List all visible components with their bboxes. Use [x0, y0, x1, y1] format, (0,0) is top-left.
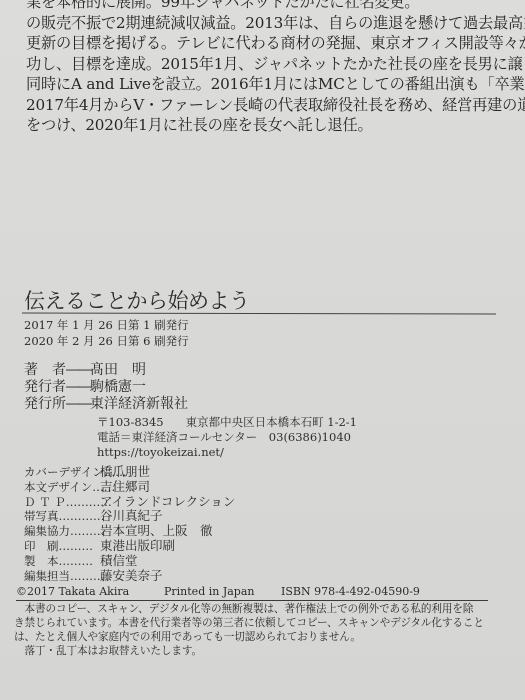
credit-role: 発行者 [24, 379, 66, 396]
staff-role: 製 本……… [24, 554, 100, 569]
credit-publishing-house: 発行所――東洋経済新報社 [24, 396, 188, 413]
staff-role: Ｄ Ｔ Ｐ………… [24, 495, 100, 510]
credit-dash: ―― [66, 396, 90, 412]
bio-line: の販売不振で2期連続減収減益。2013年は、自らの進退を懸けて過去最高益 [26, 13, 506, 34]
notice-line: 落丁・乱丁本はお取替えいたします。 [14, 644, 494, 658]
street-address: 東京都中央区日本橋本石町 1-2-1 [186, 415, 357, 429]
credit-publisher: 発行者――駒橋憲一 [24, 379, 188, 396]
copyright: ©2017 Takata Akira [16, 585, 164, 599]
credit-dash: ―― [66, 379, 90, 395]
staff-row: Ｄ Ｔ Ｐ…………アイランドコレクション [24, 495, 235, 510]
credit-role: 発行所 [24, 396, 66, 413]
notice-line: 本書のコピー、スキャン、デジタル化等の無断複製は、著作権法上での例外である私的利… [14, 602, 494, 616]
printed-in: Printed in Japan [164, 585, 281, 599]
publisher-address: 〒103-8345東京都中央区日本橋本石町 1-2-1 電話＝東洋経済コールセン… [97, 415, 357, 460]
staff-name: 東港出版印刷 [100, 538, 175, 553]
staff-name: 谷川真紀子 [100, 508, 163, 523]
staff-name: 橋爪朋世 [100, 464, 150, 479]
book-title: 伝えることから始めよう [24, 285, 250, 315]
notice-line: は、たとえ個人や家庭内での利用であっても一切認められておりません。 [14, 630, 494, 644]
staff-name: 藤安美奈子 [100, 568, 163, 583]
bio-line: 業を本格的に展開。99年ジャパネットたかたに社名変更。 通信販売事 [26, 0, 506, 13]
staff-role: 編集協力……… [24, 524, 100, 539]
credit-author: 著 者――髙田 明 [24, 362, 188, 379]
bio-line: 更新の目標を掲げる。テレビに代わる商材の発掘、東京オフィス開設等々が奏 [26, 33, 506, 54]
staff-row: 印 刷………東港出版印刷 [24, 539, 235, 554]
isbn: ISBN 978-4-492-04590-9 [281, 585, 420, 599]
bio-line: 功し、目標を達成。2015年1月、ジャパネットたかた社長の座を長男に譲り退任。 [26, 54, 506, 75]
author-biography: 業を本格的に展開。99年ジャパネットたかたに社名変更。 通信販売事 の販売不振で… [26, 0, 506, 136]
staff-row: 編集協力………岩本宣明、上阪 徹 [24, 524, 235, 539]
edition-history: 2017 年 1 月 26 日第 1 刷発行 2020 年 2 月 26 日第 … [24, 317, 189, 349]
copyright-divider [16, 600, 488, 601]
staff-row: 本文デザイン……吉住郷司 [24, 480, 235, 495]
staff-name: 積信堂 [100, 553, 138, 568]
staff-role: 編集担当……… [24, 569, 100, 584]
staff-name: 吉住郷司 [100, 479, 150, 494]
credit-role: 著 者 [24, 362, 66, 379]
credit-name: 髙田 明 [90, 362, 146, 378]
staff-row: カバーデザイン……橋爪朋世 [24, 465, 235, 480]
credit-dash: ―― [66, 362, 90, 378]
edition-label: 第 6 刷発行 [128, 334, 189, 348]
staff-row: 編集担当………藤安美奈子 [24, 569, 235, 584]
copyright-line: ©2017 Takata AkiraPrinted in JapanISBN 9… [16, 585, 496, 599]
copy-notice: 本書のコピー、スキャン、デジタル化等の無断複製は、著作権法上での例外である私的利… [14, 602, 494, 658]
postal-code: 〒103-8345 [97, 415, 164, 429]
staff-role: カバーデザイン…… [24, 465, 100, 480]
bio-line: 同時にA and Liveを設立。2016年1月にはMCとしての番組出演も「卒業… [26, 74, 506, 95]
staff-role: 本文デザイン…… [24, 480, 100, 495]
notice-line: き禁じられています。本書を代行業者等の第三者に依頼してコピー、スキャンやデジタル… [14, 616, 494, 630]
postal-address: 〒103-8345東京都中央区日本橋本石町 1-2-1 [97, 415, 357, 430]
credit-name: 駒橋憲一 [90, 379, 146, 395]
staff-row: 製 本………積信堂 [24, 554, 235, 569]
phone-number: 電話＝東洋経済コールセンター 03(6386)1040 [97, 430, 357, 445]
edition-row: 2017 年 1 月 26 日第 1 刷発行 [24, 317, 189, 333]
staff-credits: カバーデザイン……橋爪朋世 本文デザイン……吉住郷司 Ｄ Ｔ Ｐ…………アイラン… [24, 465, 235, 583]
edition-row: 2020 年 2 月 26 日第 6 刷発行 [24, 333, 189, 349]
staff-role: 帯写真………… [24, 509, 100, 524]
staff-row: 帯写真…………谷川真紀子 [24, 509, 235, 524]
website-url: https://toyokeizai.net/ [97, 445, 357, 460]
main-credits: 著 者――髙田 明 発行者――駒橋憲一 発行所――東洋経済新報社 [24, 362, 188, 413]
staff-role: 印 刷……… [24, 539, 100, 554]
book-page: 業を本格的に展開。99年ジャパネットたかたに社名変更。 通信販売事 の販売不振で… [0, 0, 525, 700]
bio-line: をつけ、2020年1月に社長の座を長女へ託し退任。 [26, 115, 506, 136]
staff-name: 岩本宣明、上阪 徹 [100, 523, 213, 538]
credit-name: 東洋経済新報社 [90, 396, 188, 412]
edition-label: 第 1 刷発行 [128, 318, 189, 332]
bio-line: 2017年4月からV・ファーレン長崎の代表取締役社長を務め、経営再建の道筋 [26, 95, 506, 116]
staff-name: アイランドコレクション [100, 494, 235, 509]
edition-date: 2017 年 1 月 26 日 [24, 317, 128, 333]
edition-date: 2020 年 2 月 26 日 [24, 333, 128, 349]
